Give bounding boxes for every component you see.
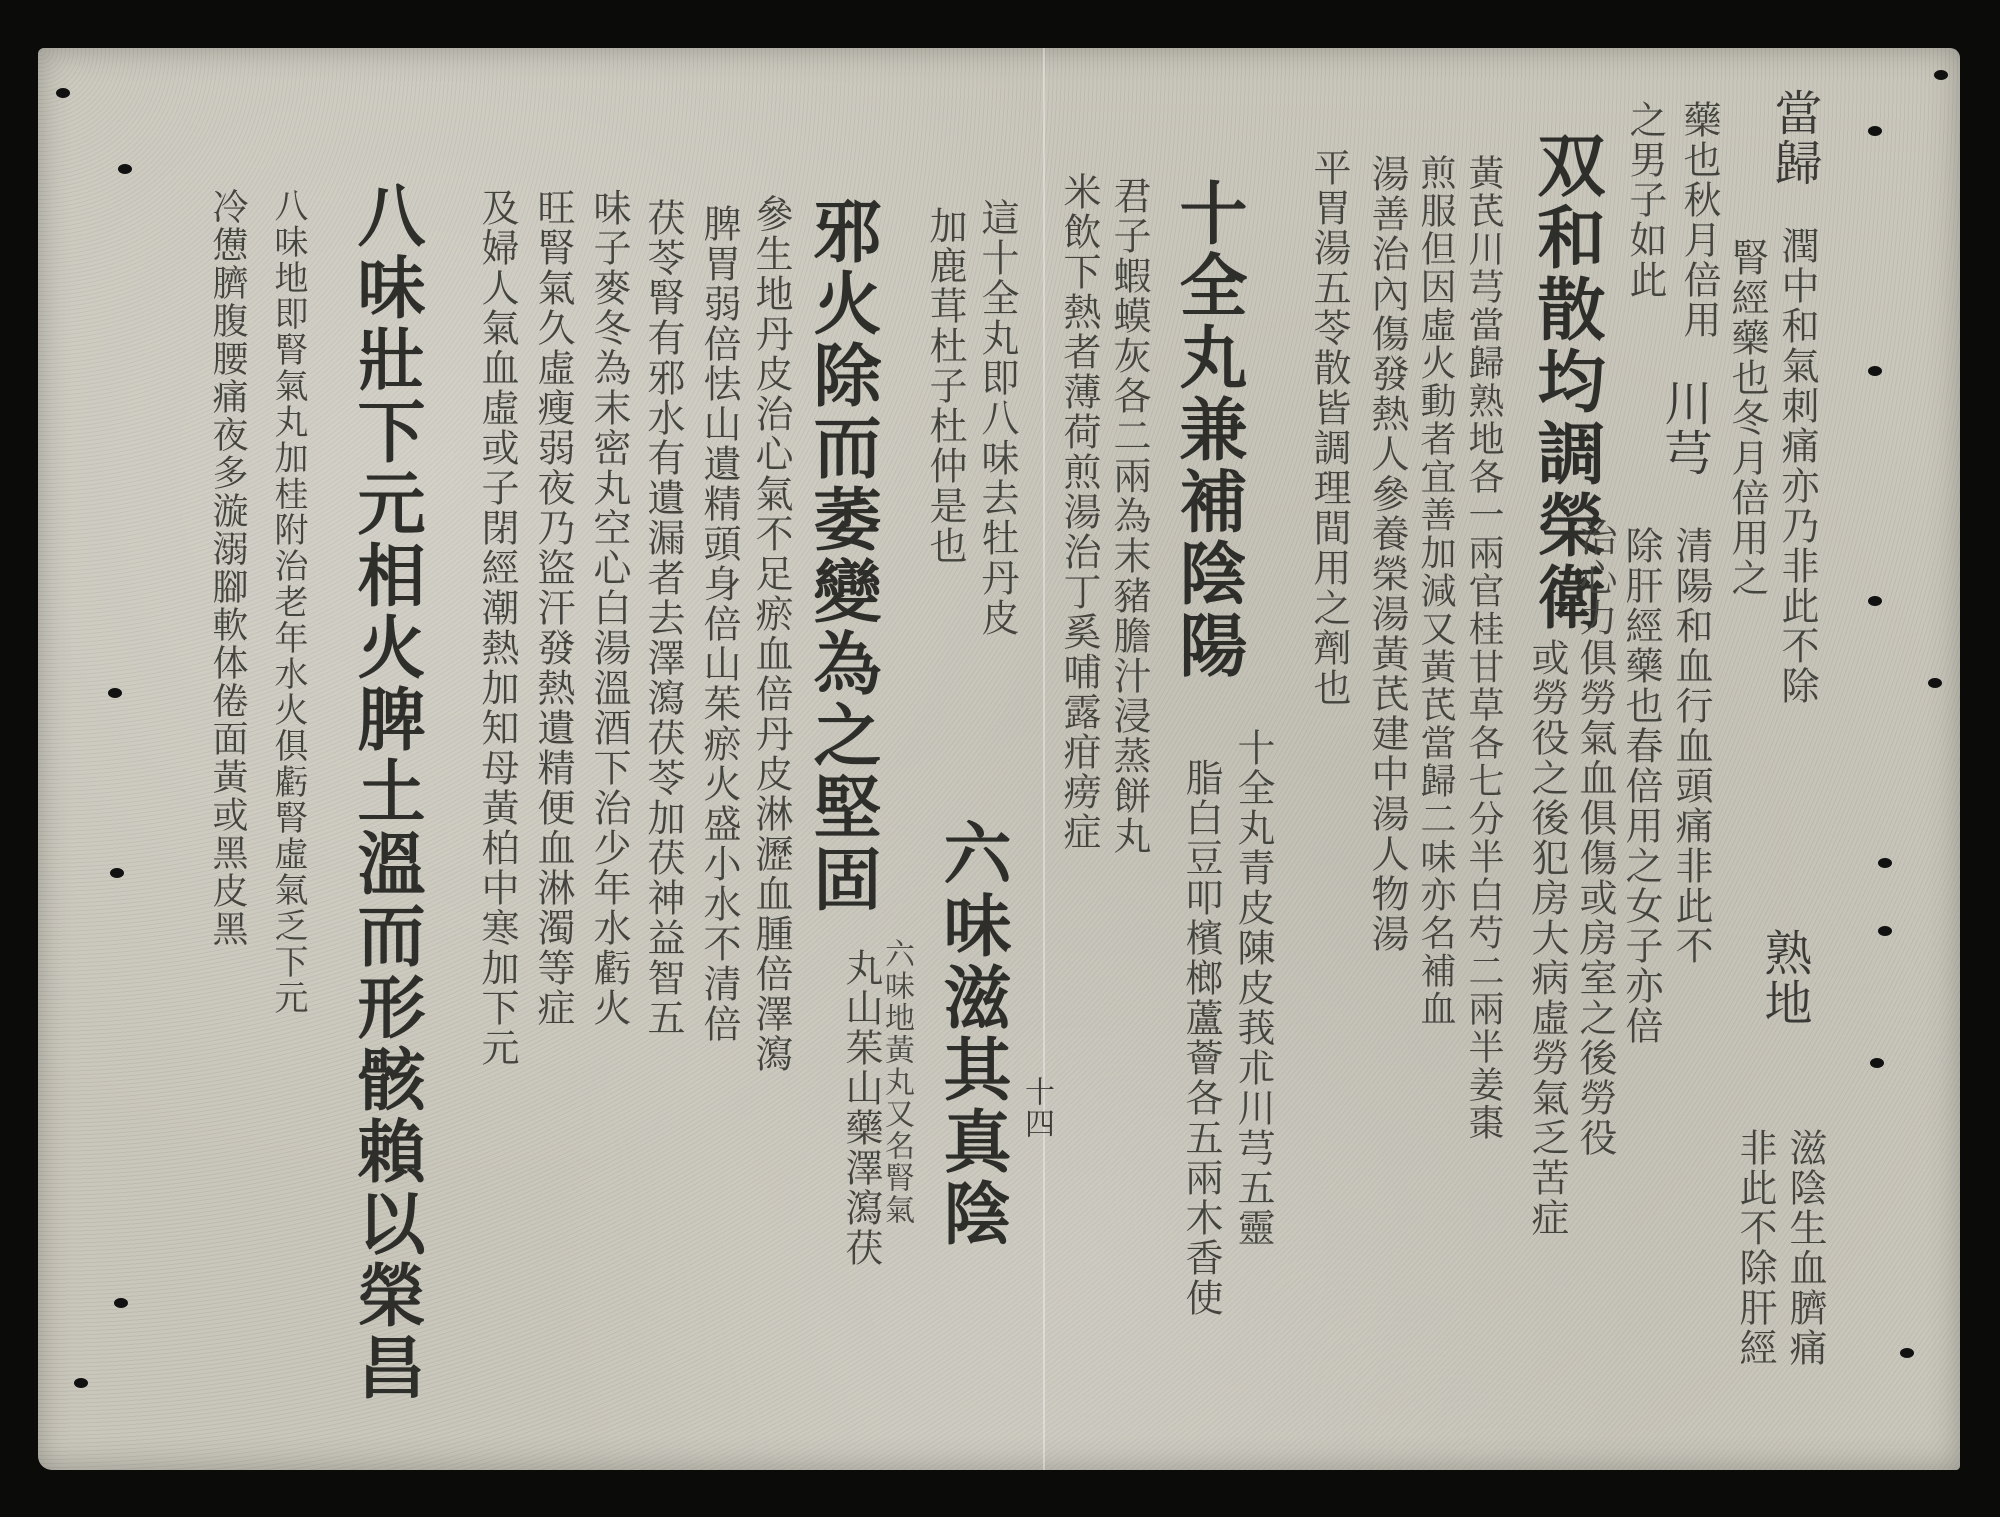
text-column: 茯苓腎有邪水有遺漏者去澤瀉茯苓加茯神益智五: [636, 198, 691, 1038]
text-column: 黃芪川芎當歸熟地各一兩官桂甘草各七分半白芍二兩半姜棗: [1458, 154, 1509, 1142]
text-column: 加鹿茸杜子杜仲是也: [918, 206, 973, 566]
text-column: 參生地丹皮治心氣不足瘀血倍丹皮淋瀝血腫倍澤瀉: [744, 194, 799, 1074]
binding-hole-icon: [1868, 126, 1882, 136]
text-column: 當歸: [1760, 88, 1829, 188]
text-column: 藥也秋月倍用: [1672, 100, 1727, 340]
text-column: 這十全丸即八味去牡丹皮: [970, 198, 1025, 638]
text-column: 川芎: [1650, 378, 1719, 478]
text-column: 脂白豆叩檳榔蘆薈各五兩木香使: [1174, 758, 1229, 1318]
binding-hole-icon: [110, 868, 124, 878]
text-column: 煎服但因虛火動者宜善加減又黃芪當歸二味亦名補血: [1410, 154, 1461, 1028]
text-column: 脾胃弱倍怯山遺精頭身倍山茱瘀火盛小水不清倍: [692, 204, 747, 1044]
center-fold-line: [1043, 48, 1045, 1470]
text-column: 及婦人氣血虛或子閉經潮熱加知母黃柏中寒加下元: [470, 188, 525, 1068]
binding-hole-icon: [1928, 678, 1942, 688]
text-column: 或勞役之後犯房大病虛勞氣乏苦症: [1520, 638, 1575, 1238]
text-column: 平胃湯五苓散皆調理間用之劑也: [1302, 148, 1357, 708]
text-column: 丸山茱山藥澤瀉茯: [834, 948, 889, 1268]
text-column: 湯善治內傷發熱人參養榮湯黃芪建中湯人物湯: [1360, 154, 1415, 954]
text-column: 君子蝦蟆灰各二兩為末豬膽汁浸蒸餅丸: [1102, 176, 1157, 856]
binding-hole-icon: [118, 164, 132, 174]
text-column: 治心力俱勞氣血俱傷或房室之後勞役: [1568, 518, 1623, 1158]
manuscript-page: 當歸 潤中和氣刺痛亦乃非此不除 熟地 滋陰生血臍痛 腎經藥也冬月倍用之 非此不除…: [38, 48, 1960, 1470]
text-column: 味子麥冬為末密丸空心白湯溫酒下治少年水虧火: [582, 188, 637, 1028]
formula-heading: 十全丸兼補陰陽: [1160, 178, 1257, 682]
text-column: 滋陰生血臍痛: [1778, 1128, 1833, 1368]
text-column: 潤中和氣刺痛亦乃非此不除: [1770, 226, 1825, 706]
text-column: 旺腎氣久虛瘦弱夜乃盜汗發熱遺精便血淋濁等症: [526, 188, 581, 1028]
page-number: 十四: [1014, 1076, 1058, 1140]
text-column: 十全丸青皮陳皮莪朮川芎五靈: [1226, 728, 1281, 1248]
text-column: 腎經藥也冬月倍用之: [1720, 238, 1775, 598]
binding-hole-icon: [1868, 366, 1882, 376]
binding-hole-icon: [1878, 858, 1892, 868]
formula-heading: 八味壯下元相火脾土溫而形骸賴以榮昌: [338, 180, 435, 1404]
text-column: 米飲下熱者薄荷煎湯治丁奚哺露疳痨症: [1052, 172, 1107, 852]
text-column: 非此不除肝經: [1728, 1128, 1783, 1368]
binding-hole-icon: [1900, 1348, 1914, 1358]
binding-hole-icon: [114, 1298, 128, 1308]
binding-hole-icon: [1934, 70, 1948, 80]
formula-heading: 六味滋其真陰: [924, 818, 1021, 1250]
text-column: 冷憊臍腹腰痛夜多漩溺腳軟体倦面黃或黑皮黑: [202, 188, 253, 948]
binding-hole-icon: [74, 1378, 88, 1388]
text-column: 清陽和血行血頭痛非此不: [1664, 526, 1719, 966]
binding-hole-icon: [56, 88, 70, 98]
binding-hole-icon: [1878, 926, 1892, 936]
text-column: 八味地即腎氣丸加桂附治老年水火俱虧腎虛氣乏下元: [264, 188, 313, 1016]
binding-hole-icon: [1868, 596, 1882, 606]
binding-hole-icon: [1870, 1058, 1884, 1068]
binding-hole-icon: [108, 688, 122, 698]
text-column: 熟地: [1750, 928, 1819, 1028]
formula-heading: 邪火除而萎變為之堅固: [794, 196, 891, 916]
text-column: 之男子如此: [1618, 100, 1673, 300]
